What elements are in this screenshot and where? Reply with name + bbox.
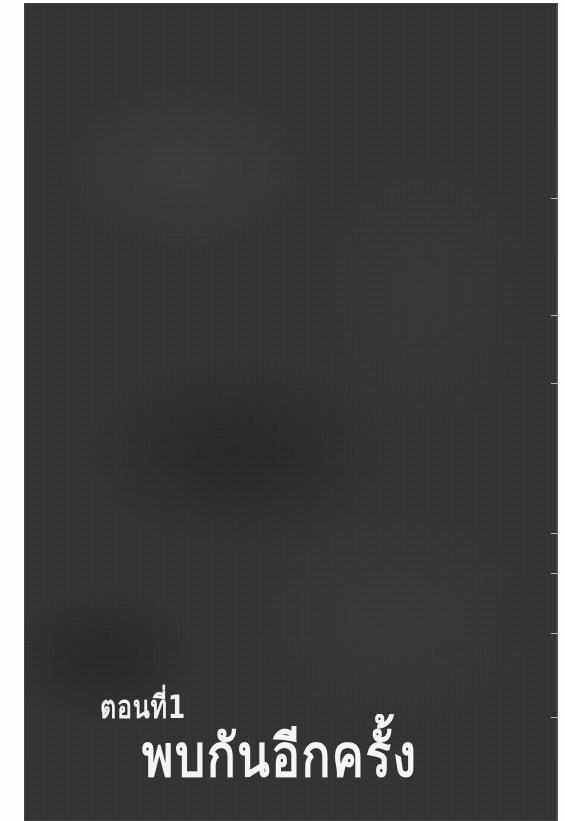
- edge-mark: [551, 198, 559, 199]
- edge-mark: [551, 383, 559, 384]
- edge-mark: [551, 633, 559, 634]
- edge-mark: [551, 717, 559, 718]
- edge-mark: [551, 533, 559, 534]
- edge-mark: [551, 573, 559, 574]
- book-page: ตอนที่1 พบกันอีกครั้ง: [0, 0, 565, 821]
- edge-mark: [551, 315, 559, 316]
- chapter-title: พบกันอีกครั้ง: [142, 716, 418, 796]
